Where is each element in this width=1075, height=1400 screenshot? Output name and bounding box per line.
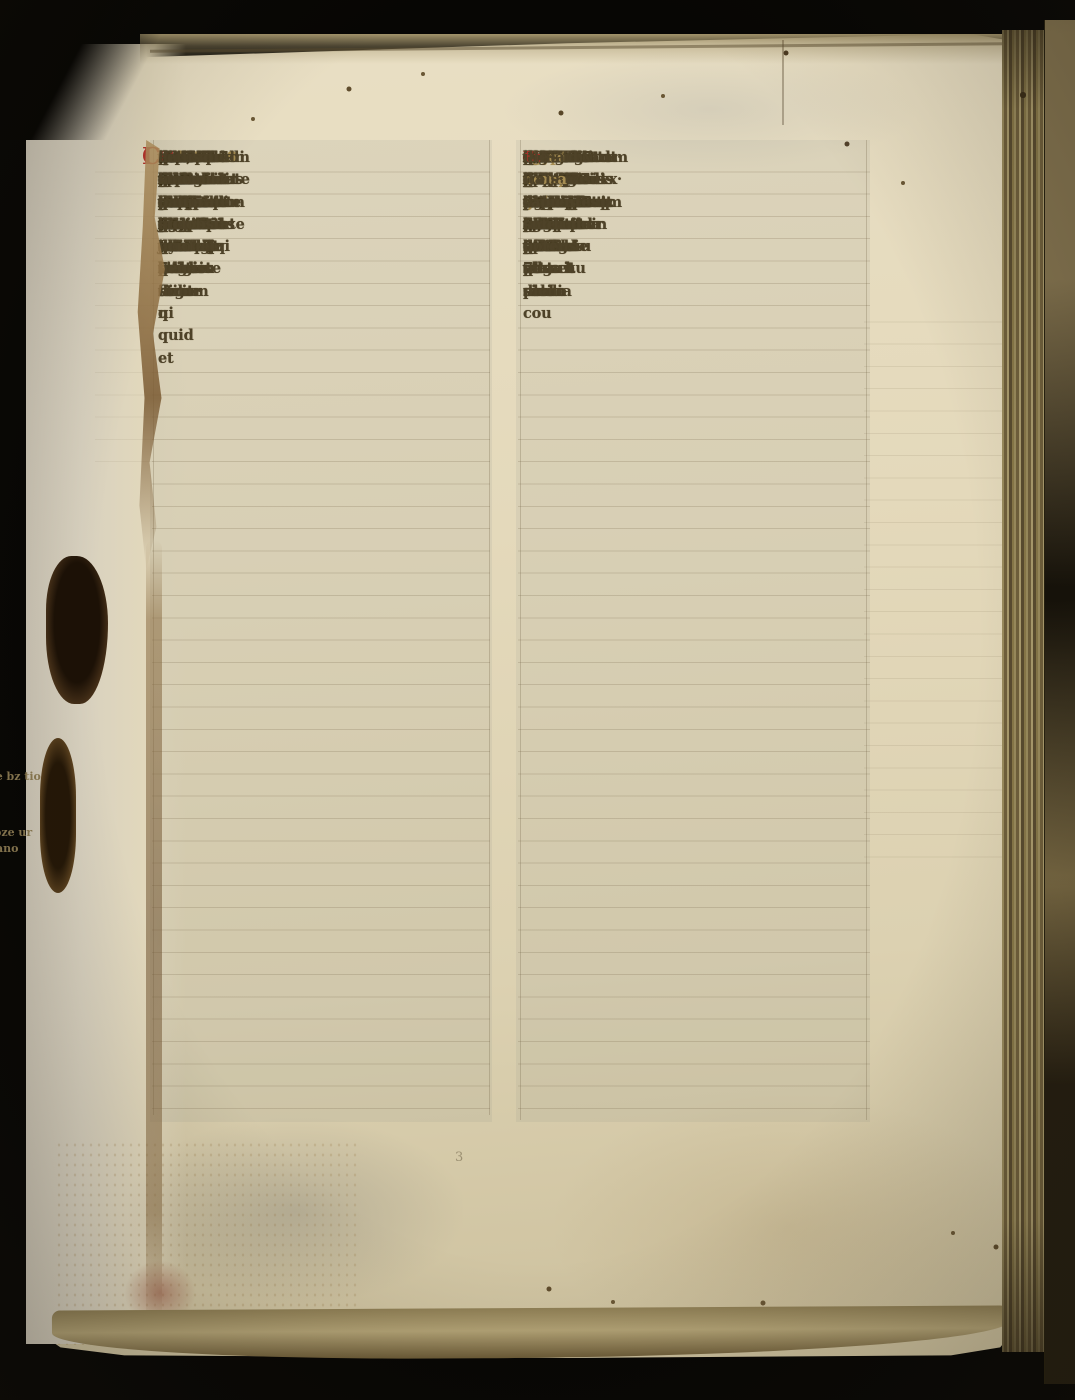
photo-vignette — [0, 0, 1075, 1400]
manuscript-photo: de tristat· n· ne xc nat9 q magi regemin… — [0, 0, 1075, 1400]
